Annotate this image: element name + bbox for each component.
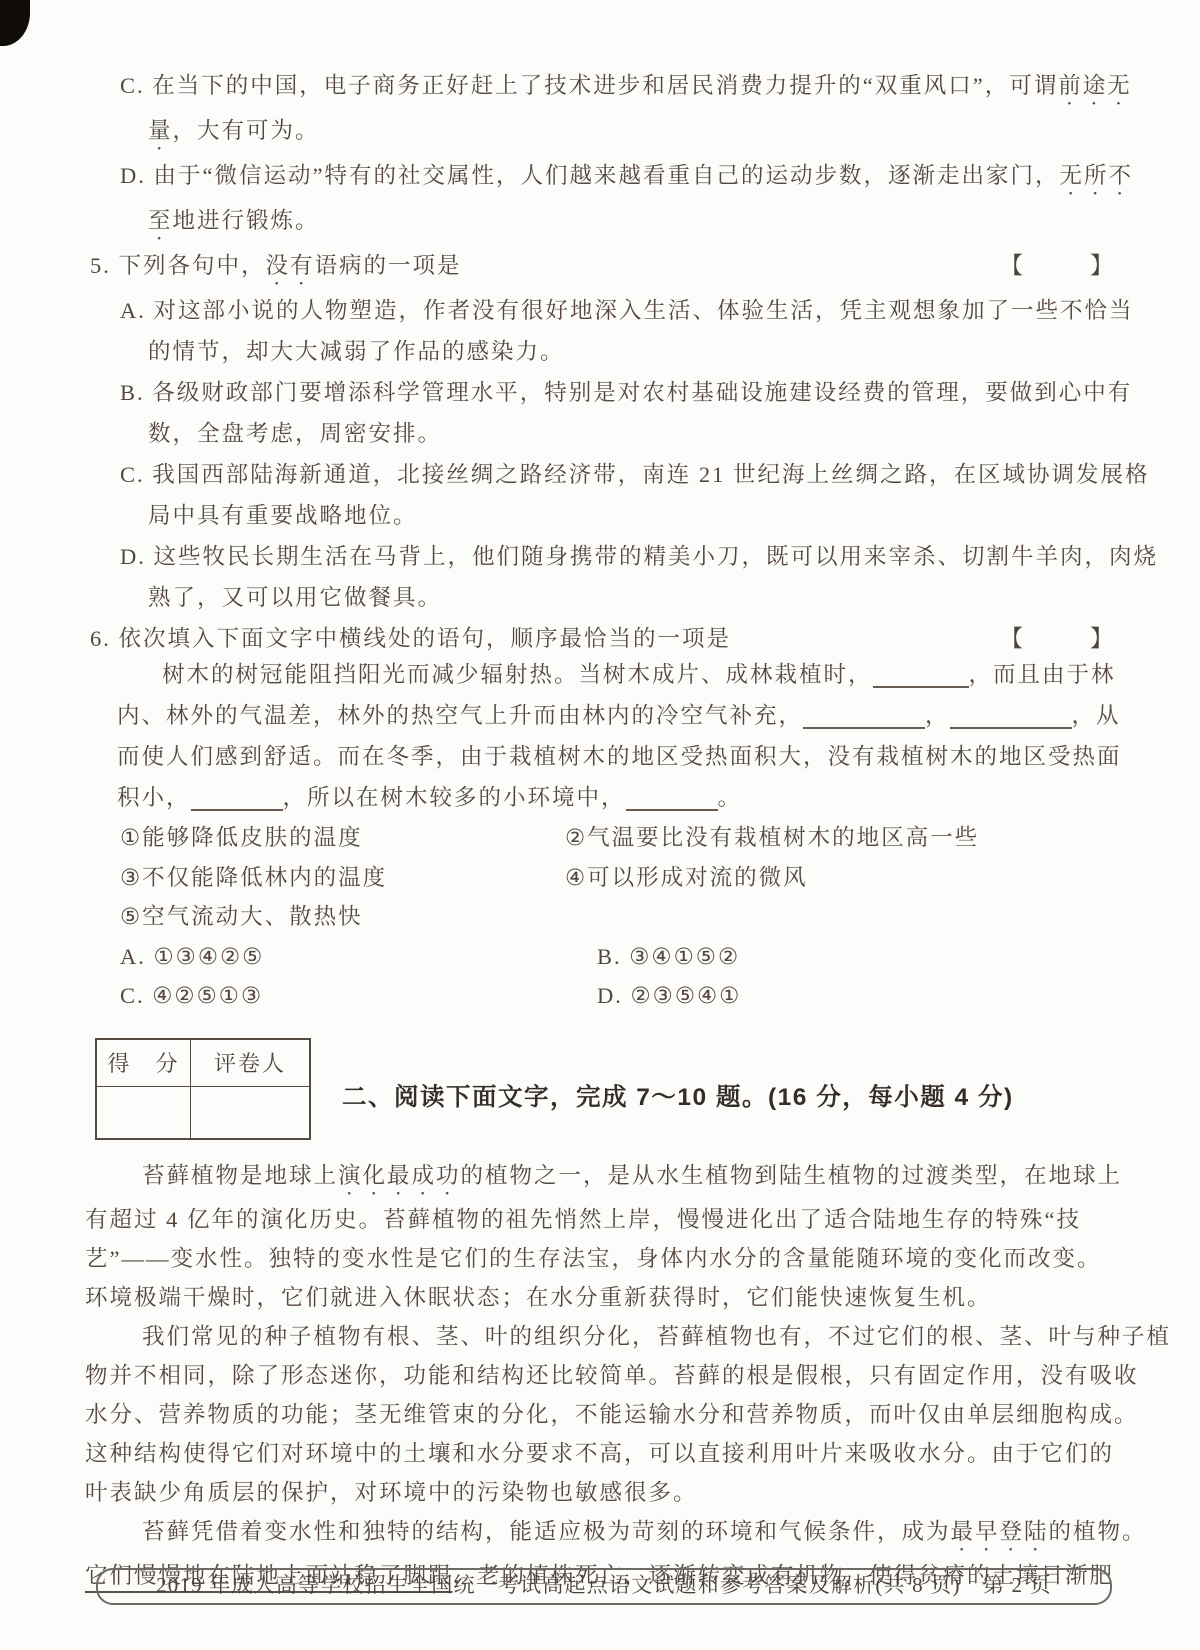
question-line: 树木的树冠能阻挡阳光而减少辐射热。当树木成片、成林栽植时，，而且由于林 xyxy=(85,654,1122,695)
section-heading: 二、阅读下面文字，完成 7～10 题。(16 分，每小题 4 分) xyxy=(342,1078,1014,1113)
question-line: 熟了，又可以用它做餐具。 xyxy=(85,577,1122,618)
passage-line: 艺”——变水性。独特的变水性是它们的生存法宝，身体内水分的含量能随环境的变化而改… xyxy=(85,1239,1122,1278)
question-line: ①能够降低皮肤的温度②气温要比没有栽植树木的地区高一些 xyxy=(85,818,1122,858)
text-segment: 的植物。 xyxy=(1049,1519,1147,1544)
text-segment: 5. 下列各句中， xyxy=(90,253,266,278)
text-segment: 地进行锻炼。 xyxy=(173,208,320,233)
footer-text: 2019 年成人高等学校招生全国统一考试高起点语文试题和参考答案及解析(共 8 … xyxy=(156,1573,1052,1597)
scan-corner-artifact xyxy=(0,0,30,46)
score-section: 得 分 评卷人 二、阅读下面文字，完成 7～10 题。(16 分，每小题 4 分… xyxy=(85,1038,1122,1141)
emphasized-text: 没有 xyxy=(266,253,315,278)
text-segment: 数，全盘考虑，周密安排。 xyxy=(148,421,442,446)
text-segment: A. 对这部小说的人物塑造，作者没有很好地深入生活、体验生活，凭主观想象加了一些… xyxy=(120,298,1134,323)
text-segment: ①能够降低皮肤的温度 xyxy=(120,825,363,850)
emphasized-text: 量 xyxy=(148,118,173,143)
text-segment: ③不仅能降低林内的温度 xyxy=(120,865,387,890)
question-line: 量，大有可为。 xyxy=(85,110,1122,155)
grader-cell-empty xyxy=(191,1086,311,1139)
text-segment: ②气温要比没有栽植树木的地区高一些 xyxy=(565,825,979,850)
question-line: 数，全盘考虑，周密安排。 xyxy=(85,413,1122,454)
passage-block: 苔藓植物是地球上演化最成功的植物之一，是从水生植物到陆生植物的过渡类型，在地球上… xyxy=(85,1156,1122,1595)
blank-underline xyxy=(626,809,718,811)
question-line: 积小，，所以在树木较多的小环境中，。 xyxy=(85,777,1122,818)
question-line: D. 这些牧民长期生活在马背上，他们随身携带的精美小刀，既可以用来宰杀、切割牛羊… xyxy=(85,536,1122,577)
answer-bracket: 【 】 xyxy=(1000,245,1135,286)
text-segment: B. 各级财政部门要增添科学管理水平，特别是对农村基础设施建设经费的管理，要做到… xyxy=(120,380,1132,405)
text-segment: 有超过 4 亿年的演化历史。苔藓植物的祖先悄然上岸，慢慢进化出了适合陆地生存的特… xyxy=(85,1207,1081,1232)
blank-underline xyxy=(803,727,925,729)
text-segment: 内、林外的气温差，林外的热空气上升而由林内的冷空气补充， xyxy=(117,703,803,728)
passage-line: 我们常见的种子植物有根、茎、叶的组织分化，苔藓植物也有，不过它们的根、茎、叶与种… xyxy=(85,1317,1122,1356)
text-segment: ，从 xyxy=(1072,703,1121,728)
question-line: 6. 依次填入下面文字中横线处的语句，顺序最恰当的一项是【 】 xyxy=(85,618,1122,659)
text-segment: 艺”——变水性。独特的变水性是它们的生存法宝，身体内水分的含量能随环境的变化而改… xyxy=(85,1246,1102,1271)
text-segment: 局中具有重要战略地位。 xyxy=(148,503,418,528)
emphasized-text: 无所不 xyxy=(1059,163,1133,188)
text-segment: ，大有可为。 xyxy=(173,118,320,143)
passage-line: 叶表缺少角质层的保护，对环境中的污染物也敏感很多。 xyxy=(85,1473,1122,1512)
question-line: 内、林外的气温差，林外的热空气上升而由林内的冷空气补充，，，从 xyxy=(85,695,1122,736)
page-footer: 2019 年成人高等学校招生全国统一考试高起点语文试题和参考答案及解析(共 8 … xyxy=(96,1568,1112,1605)
question-line: B. 各级财政部门要增添科学管理水平，特别是对农村基础设施建设经费的管理，要做到… xyxy=(85,372,1122,413)
page-content: C. 在当下的中国，电子商务正好赶上了技术进步和居民消费力提升的“双重风口”，可… xyxy=(85,65,1122,1595)
exam-page: C. 在当下的中国，电子商务正好赶上了技术进步和居民消费力提升的“双重风口”，可… xyxy=(0,0,1200,1650)
questions-block: C. 在当下的中国，电子商务正好赶上了技术进步和居民消费力提升的“双重风口”，可… xyxy=(85,65,1122,1016)
question-line: C. 在当下的中国，电子商务正好赶上了技术进步和居民消费力提升的“双重风口”，可… xyxy=(85,65,1122,110)
text-segment: C. 在当下的中国，电子商务正好赶上了技术进步和居民消费力提升的“双重风口”，可… xyxy=(120,73,1058,98)
emphasized-text: 至 xyxy=(148,208,173,233)
blank-underline xyxy=(873,686,969,688)
right-column: ④可以形成对流的微风 xyxy=(565,865,808,890)
text-segment: ④可以形成对流的微风 xyxy=(565,865,808,890)
right-column: ②气温要比没有栽植树木的地区高一些 xyxy=(565,825,979,850)
text-segment: ， xyxy=(925,703,950,728)
question-line: ⑤空气流动大、散热快 xyxy=(85,897,1122,937)
left-column: ①能够降低皮肤的温度 xyxy=(120,818,565,858)
text-segment: 。 xyxy=(718,785,743,810)
text-segment: 叶表缺少角质层的保护，对环境中的污染物也敏感很多。 xyxy=(85,1480,698,1505)
text-segment: D. 这些牧民长期生活在马背上，他们随身携带的精美小刀，既可以用来宰杀、切割牛羊… xyxy=(120,544,1158,569)
text-segment: C. ④②⑤①③ xyxy=(120,983,263,1008)
grader-label: 评卷人 xyxy=(191,1039,311,1087)
answer-bracket: 【 】 xyxy=(1000,618,1135,659)
text-segment: 苔藓植物是地球上 xyxy=(142,1163,338,1188)
right-column: B. ③④①⑤② xyxy=(565,944,740,969)
question-line: A. 对这部小说的人物塑造，作者没有很好地深入生活、体验生活，凭主观想象加了一些… xyxy=(85,290,1122,331)
question-line: D. 由于“微信运动”特有的社交属性，人们越来越看重自己的运动步数，逐渐走出家门… xyxy=(85,155,1122,200)
text-segment: 而使人们感到舒适。而在冬季，由于栽植树木的地区受热面积大，没有栽植树木的地区受热… xyxy=(117,744,1122,769)
text-segment: 我们常见的种子植物有根、茎、叶的组织分化，苔藓植物也有，不过它们的根、茎、叶与种… xyxy=(142,1324,1171,1349)
text-segment: 这种结构使得它们对环境中的土壤和水分要求不高，可以直接利用叶片来吸收水分。由于它… xyxy=(85,1441,1114,1466)
score-label: 得 分 xyxy=(96,1039,191,1087)
passage-line: 环境极端干燥时，它们就进入休眠状态；在水分重新获得时，它们能快速恢复生机。 xyxy=(85,1278,1122,1317)
text-segment: ，而且由于林 xyxy=(969,662,1116,687)
text-segment: B. ③④①⑤② xyxy=(597,944,740,969)
passage-line: 水分、营养物质的功能；茎无维管束的分化，不能运输水分和营养物质，而叶仅由单层细胞… xyxy=(85,1395,1122,1434)
question-line: C. ④②⑤①③D. ②③⑤④① xyxy=(85,976,1122,1016)
text-segment: 树木的树冠能阻挡阳光而减少辐射热。当树木成片、成林栽植时， xyxy=(162,662,873,687)
text-segment: 积小， xyxy=(117,785,191,810)
text-segment: 苔藓凭借着变水性和独特的结构，能适应极为苛刻的环境和气候条件，成为 xyxy=(142,1519,951,1544)
emphasized-text: 最早登陆 xyxy=(951,1519,1049,1544)
passage-line: 这种结构使得它们对环境中的土壤和水分要求不高，可以直接利用叶片来吸收水分。由于它… xyxy=(85,1434,1122,1473)
question-line: ③不仅能降低林内的温度④可以形成对流的微风 xyxy=(85,858,1122,898)
question-line: 的情节，却大大减弱了作品的感染力。 xyxy=(85,331,1122,372)
right-column: D. ②③⑤④① xyxy=(565,983,741,1008)
blank-underline xyxy=(191,809,283,811)
text-segment: D. ②③⑤④① xyxy=(597,983,741,1008)
question-line: 至地进行锻炼。 xyxy=(85,200,1122,245)
emphasized-text: 演化最成功 xyxy=(338,1163,461,1188)
left-column: C. ④②⑤①③ xyxy=(120,976,565,1016)
text-segment: ⑤空气流动大、散热快 xyxy=(120,904,363,929)
left-column: A. ①③④②⑤ xyxy=(120,937,565,977)
left-column: ③不仅能降低林内的温度 xyxy=(120,858,565,898)
score-box: 得 分 评卷人 xyxy=(95,1038,311,1140)
text-segment: 熟了，又可以用它做餐具。 xyxy=(148,585,442,610)
text-segment: ，所以在树木较多的小环境中， xyxy=(283,785,626,810)
text-segment: 的植物之一，是从水生植物到陆生植物的过渡类型，在地球上 xyxy=(461,1163,1123,1188)
text-segment: 环境极端干燥时，它们就进入休眠状态；在水分重新获得时，它们能快速恢复生机。 xyxy=(85,1285,992,1310)
emphasized-text: 前途无 xyxy=(1058,73,1132,98)
text-segment: D. 由于“微信运动”特有的社交属性，人们越来越看重自己的运动步数，逐渐走出家门… xyxy=(120,163,1059,188)
text-segment: 水分、营养物质的功能；茎无维管束的分化，不能运输水分和营养物质，而叶仅由单层细胞… xyxy=(85,1402,1139,1427)
text-segment: 的情节，却大大减弱了作品的感染力。 xyxy=(148,339,565,364)
passage-line: 苔藓凭借着变水性和独特的结构，能适应极为苛刻的环境和气候条件，成为最早登陆的植物… xyxy=(85,1512,1122,1556)
text-segment: A. ①③④②⑤ xyxy=(120,944,264,969)
text-segment: C. 我国西部陆海新通道，北接丝绸之路经济带，南连 21 世纪海上丝绸之路，在区… xyxy=(120,462,1150,487)
question-line: 而使人们感到舒适。而在冬季，由于栽植树木的地区受热面积大，没有栽植树木的地区受热… xyxy=(85,736,1122,777)
blank-underline xyxy=(950,727,1072,729)
passage-line: 有超过 4 亿年的演化历史。苔藓植物的祖先悄然上岸，慢慢进化出了适合陆地生存的特… xyxy=(85,1200,1122,1239)
score-cell-empty xyxy=(96,1086,191,1139)
question-line: 5. 下列各句中，没有语病的一项是【 】 xyxy=(85,245,1122,290)
question-line: C. 我国西部陆海新通道，北接丝绸之路经济带，南连 21 世纪海上丝绸之路，在区… xyxy=(85,454,1122,495)
text-segment: 6. 依次填入下面文字中横线处的语句，顺序最恰当的一项是 xyxy=(90,626,731,651)
question-line: A. ①③④②⑤B. ③④①⑤② xyxy=(85,937,1122,977)
passage-line: 苔藓植物是地球上演化最成功的植物之一，是从水生植物到陆生植物的过渡类型，在地球上 xyxy=(85,1156,1122,1200)
question-line: 局中具有重要战略地位。 xyxy=(85,495,1122,536)
text-segment: 语病的一项是 xyxy=(315,253,462,278)
passage-line: 物并不相同，除了形态迷你，功能和结构还比较简单。苔藓的根是假根，只有固定作用，没… xyxy=(85,1356,1122,1395)
text-segment: 物并不相同，除了形态迷你，功能和结构还比较简单。苔藓的根是假根，只有固定作用，没… xyxy=(85,1363,1139,1388)
